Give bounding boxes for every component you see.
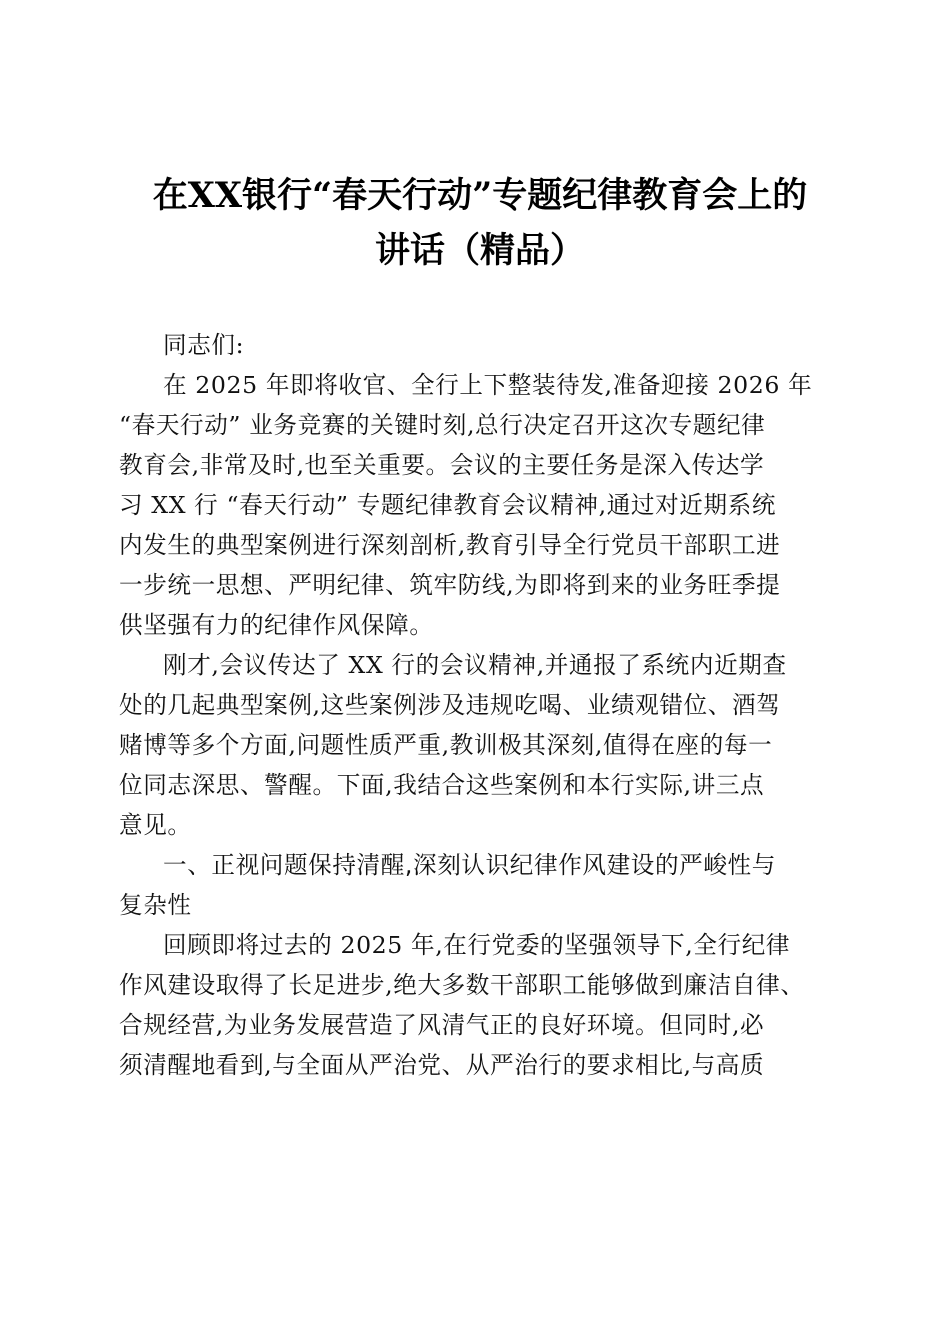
paragraph-line: 教育会,非常及时,也至关重要。会议的主要任务是深入传达学 <box>119 445 833 485</box>
paragraph-line: 一步统一思想、严明纪律、筑牢防线,为即将到来的业务旺季提 <box>119 565 833 605</box>
paragraph-line: 在 2025 年即将收官、全行上下整装待发,准备迎接 2026 年 <box>119 365 833 405</box>
salutation: 同志们: <box>119 325 833 365</box>
paragraph-line: 回顾即将过去的 2025 年,在行党委的坚强领导下,全行纪律 <box>119 925 833 965</box>
paragraph-2: 刚才,会议传达了 XX 行的会议精神,并通报了系统内近期查 处的几起典型案例,这… <box>119 645 833 845</box>
paragraph-line: 习 XX 行 “春天行动” 专题纪律教育会议精神,通过对近期系统 <box>119 485 833 525</box>
title-line-1: 在XX银行“春天行动”专题纪律教育会上的 <box>120 168 840 223</box>
document-page: 在XX银行“春天行动”专题纪律教育会上的 讲话（精品） 同志们: 在 2025 … <box>0 0 950 1344</box>
paragraph-line: 刚才,会议传达了 XX 行的会议精神,并通报了系统内近期查 <box>119 645 833 685</box>
title-line-2: 讲话（精品） <box>120 223 840 278</box>
paragraph-line: “春天行动” 业务竞赛的关键时刻,总行决定召开这次专题纪律 <box>119 405 833 445</box>
paragraph-1: 在 2025 年即将收官、全行上下整装待发,准备迎接 2026 年 “春天行动”… <box>119 365 833 645</box>
paragraph-line: 赌博等多个方面,问题性质严重,教训极其深刻,值得在座的每一 <box>119 725 833 765</box>
paragraph-line: 合规经营,为业务发展营造了风清气正的良好环境。但同时,必 <box>119 1005 833 1045</box>
heading-line: 复杂性 <box>119 885 833 925</box>
paragraph-line: 内发生的典型案例进行深刻剖析,教育引导全行党员干部职工进 <box>119 525 833 565</box>
paragraph-line: 须清醒地看到,与全面从严治党、从严治行的要求相比,与高质 <box>119 1045 833 1085</box>
paragraph-line: 处的几起典型案例,这些案例涉及违规吃喝、业绩观错位、酒驾 <box>119 685 833 725</box>
paragraph-line: 作风建设取得了长足进步,绝大多数干部职工能够做到廉洁自律、 <box>119 965 833 1005</box>
heading-line: 一、正视问题保持清醒,深刻认识纪律作风建设的严峻性与 <box>119 845 833 885</box>
paragraph-line: 位同志深思、警醒。下面,我结合这些案例和本行实际,讲三点 <box>119 765 833 805</box>
document-body: 同志们: 在 2025 年即将收官、全行上下整装待发,准备迎接 2026 年 “… <box>119 325 833 1085</box>
paragraph-line: 供坚强有力的纪律作风保障。 <box>119 605 833 645</box>
paragraph-line: 意见。 <box>119 805 833 845</box>
paragraph-3: 回顾即将过去的 2025 年,在行党委的坚强领导下,全行纪律 作风建设取得了长足… <box>119 925 833 1085</box>
document-title: 在XX银行“春天行动”专题纪律教育会上的 讲话（精品） <box>120 168 840 278</box>
section-heading-1: 一、正视问题保持清醒,深刻认识纪律作风建设的严峻性与 复杂性 <box>119 845 833 925</box>
